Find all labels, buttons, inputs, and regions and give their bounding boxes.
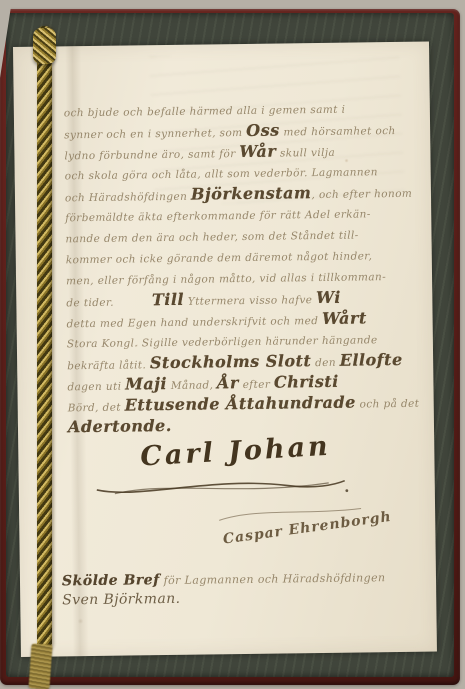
manuscript-line: men, eller förfång i någon måtto, vid al…	[66, 265, 402, 290]
handwritten-text: nande dem den ära och heder, som det Stå…	[65, 229, 358, 245]
manuscript-line: Sven Björkman.	[62, 585, 386, 608]
emphasized-word: Skölde Bref	[62, 572, 160, 589]
handwritten-text: synner och en i synnerhet, som	[64, 127, 246, 141]
handwritten-text: den	[311, 357, 340, 369]
handwritten-text: kommer och icke görande dem däremot någo…	[66, 250, 373, 266]
handwritten-text: för Lagmannen och Häradshöfdingen	[160, 571, 386, 587]
photo-background: och bjude och befalle härmed alla i geme…	[0, 0, 465, 689]
handwritten-text: förbemäldte äkta efterkommande för rätt …	[65, 208, 371, 224]
handwritten-text: lydno förbundne äro, samt för	[64, 148, 239, 162]
emphasized-word: Adertonde.	[68, 416, 172, 436]
emphasized-word: Ettusende Åttahundrade	[125, 393, 356, 415]
emphasized-word: Christi	[274, 372, 339, 392]
emphasized-word: Stockholms Slott	[150, 351, 312, 372]
emphasized-word: Wår	[239, 142, 276, 161]
signature-carl-johan: Carl Johan	[140, 432, 332, 473]
emphasized-word: Wårt	[322, 308, 367, 328]
emphasized-word: Ellofte	[340, 350, 403, 370]
emphasized-word: Till	[152, 290, 184, 309]
signature-flourish	[91, 471, 353, 502]
handwritten-text: och Häradshöfdingen	[65, 191, 191, 205]
manuscript-line: bekräfta låtit. Stockholms Slott den Ell…	[67, 349, 403, 374]
handwritten-text: skull vilja	[276, 147, 335, 160]
handwritten-text: detta med Egen hand underskrifvit och me…	[67, 315, 323, 330]
docket-lines: Skölde Bref för Lagmannen och Häradshöfd…	[62, 566, 386, 608]
photo-corner-wedge	[0, 0, 12, 78]
emphasized-word: Wi	[316, 288, 341, 307]
handwritten-text: och bjude och befalle härmed alla i geme…	[64, 104, 346, 120]
handwritten-text: Yttermera visso hafve	[184, 294, 316, 308]
cord-knot	[33, 28, 56, 64]
manuscript-line: synner och en i synnerhet, som Oss med h…	[64, 118, 400, 143]
handwritten-text: , och efter honom	[311, 188, 412, 201]
handwritten-text: och skola göra och låta, allt som vederb…	[65, 166, 378, 182]
handwritten-text: med hörsamhet och	[280, 125, 396, 139]
handwritten-text: Börd, det	[68, 402, 125, 415]
manuscript-line: Adertonde.	[68, 412, 404, 437]
cord-tassel	[28, 643, 52, 689]
manuscript-lines: och bjude och befalle härmed alla i geme…	[64, 97, 404, 437]
manuscript-line: Börd, det Ettusende Åttahundrade och på …	[68, 391, 404, 416]
emphasized-word: År	[217, 373, 239, 392]
handwritten-text: och på det	[356, 398, 420, 411]
handwritten-text: efter	[239, 379, 274, 391]
handwritten-text: Månad,	[167, 379, 217, 392]
handwritten-text: Sven Björkman.	[62, 591, 180, 609]
binding-cord	[37, 26, 52, 651]
handwritten-text: men, eller förfång i någon måtto, vid al…	[66, 271, 386, 287]
emphasized-word: Björkenstam	[191, 183, 312, 204]
handwritten-text: bekräfta låtit.	[67, 359, 150, 372]
emphasized-word: Oss	[246, 121, 280, 140]
handwritten-text: de tider.	[66, 297, 114, 310]
handwritten-text: Stora Kongl. Sigille vederbörligen härun…	[67, 334, 378, 350]
parchment-page: och bjude och befalle härmed alla i geme…	[13, 42, 437, 657]
emphasized-word: Maji	[125, 374, 167, 394]
handwritten-text: dagen uti	[67, 381, 125, 394]
